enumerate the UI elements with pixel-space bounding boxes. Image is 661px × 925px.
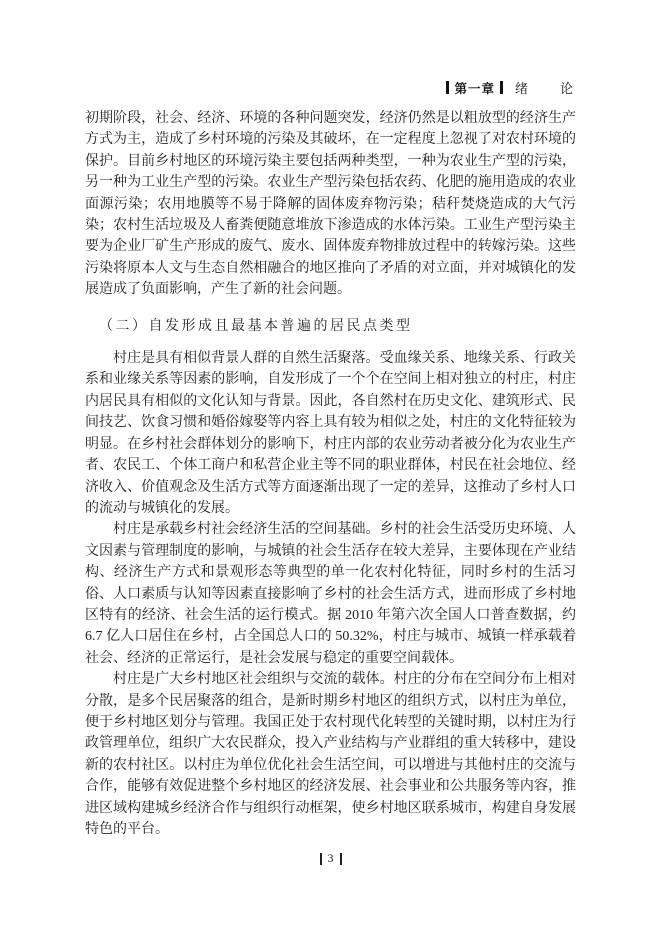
header-left-bar-decoration	[446, 81, 449, 94]
paragraph-1: 初期阶段，社会、经济、环境的各种问题突发，经济仍然是以粗放型的经济生产方式为主，…	[85, 108, 576, 301]
footer-right-bar-decoration	[340, 853, 342, 865]
page-footer: 3	[0, 851, 661, 866]
running-header: 第一章 绪 论	[0, 78, 575, 97]
chapter-label: 第一章	[454, 79, 495, 97]
paragraph-3: 村庄是承载乡村社会经济生活的空间基础。乡村的社会生活受历史环境、人文因素与管理制…	[85, 519, 576, 669]
paragraph-2: 村庄是具有相似背景人群的自然生活聚落。受血缘关系、地缘关系、行政关系和业缘关系等…	[85, 348, 576, 519]
page-number: 3	[328, 851, 334, 866]
section-heading: （二）自发形成且最基本普遍的居民点类型	[85, 316, 576, 337]
chapter-title: 绪 论	[515, 78, 575, 97]
page-body: 初期阶段，社会、经济、环境的各种问题突发，经济仍然是以粗放型的经济生产方式为主，…	[85, 108, 576, 840]
header-right-bar-decoration	[500, 81, 503, 94]
paragraph-4: 村庄是广大乡村地区社会组织与交流的载体。村庄的分布在空间分布上相对分散，是多个民…	[85, 669, 576, 840]
footer-left-bar-decoration	[320, 853, 322, 865]
document-page: 第一章 绪 论 初期阶段，社会、经济、环境的各种问题突发，经济仍然是以粗放型的经…	[0, 0, 661, 925]
